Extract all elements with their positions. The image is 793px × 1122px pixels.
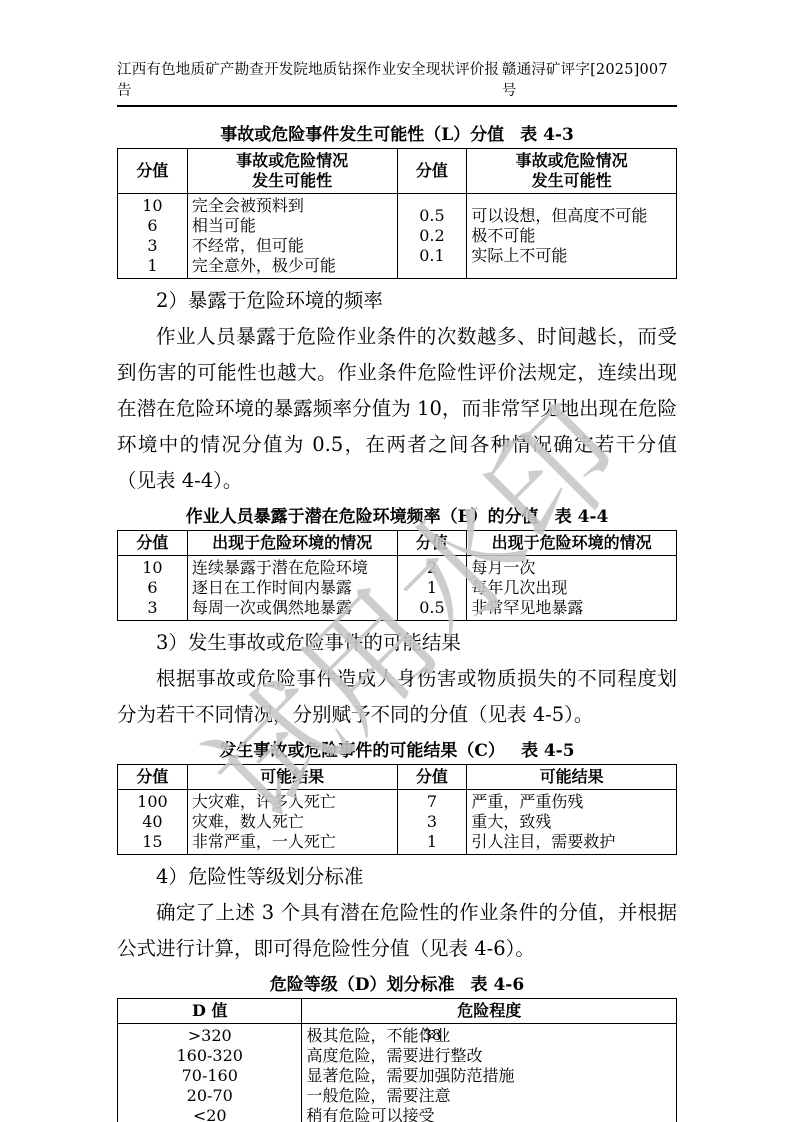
page-header: 江西有色地质矿产勘查开发院地质钻探作业安全现状评价报告 赣通浔矿评字[2025]… — [117, 58, 677, 107]
desc-value: 重大，致残 — [471, 812, 672, 832]
table-4-4-caption: 作业人员暴露于潜在危险环境频率（E）的分值表 4-4 — [117, 507, 677, 527]
col-header-exposure: 出现于危险环境的情况 — [187, 531, 397, 556]
score-value: 10 — [122, 558, 183, 578]
table-4-3-header-row: 分值 事故或危险情况 发生可能性 分值 事故或危险情况 发生可能性 — [118, 149, 677, 194]
score-value: 0.1 — [402, 246, 463, 266]
desc-cell: 可以设想，但高度不可能 极不可能 实际上不可能 — [467, 194, 677, 279]
table-4-6-caption: 危险等级（D）划分标准表 4-6 — [117, 975, 677, 995]
score-value: 3 — [122, 598, 183, 618]
d-value: 160-320 — [122, 1046, 297, 1066]
header-line: 事故或危险情况 — [471, 151, 672, 171]
table-4-5-caption: 发生事故或危险事件的可能结果（C）表 4-5 — [117, 741, 677, 761]
col-header-score: 分值 — [397, 531, 467, 556]
table-4-4-title: 作业人员暴露于潜在危险环境频率（E）的分值 — [186, 507, 539, 527]
header-doc-number: 赣通浔矿评字[2025]007号 — [502, 58, 677, 100]
table-4-3: 分值 事故或危险情况 发生可能性 分值 事故或危险情况 发生可能性 10 6 3… — [117, 148, 677, 279]
score-cell: 2 1 0.5 — [397, 556, 467, 621]
section-2-paragraph: 作业人员暴露于危险作业条件的次数越多、时间越长，而受到伤害的可能性也越大。作业条… — [117, 319, 677, 499]
desc-value: 大灾难，许多人死亡 — [192, 792, 393, 812]
desc-value: 引人注目，需要救护 — [471, 832, 672, 852]
table-4-4-body-row: 10 6 3 连续暴露于潜在危险环境 逐日在工作时间内暴露 每周一次或偶然地暴露… — [118, 556, 677, 621]
score-value: 1 — [402, 832, 463, 852]
score-value: 1 — [122, 256, 183, 276]
score-value: 10 — [122, 196, 183, 216]
danger-degree: 高度危险，需要进行整改 — [306, 1046, 672, 1066]
section-4-paragraph: 确定了上述 3 个具有潜在危险性的作业条件的分值，并根据公式进行计算，即可得危险… — [117, 895, 677, 967]
table-4-3-caption: 事故或危险事件发生可能性（L）分值表 4-3 — [117, 125, 677, 145]
desc-value: 严重，严重伤残 — [471, 792, 672, 812]
desc-cell: 完全会被预料到 相当可能 不经常，但可能 完全意外，极少可能 — [187, 194, 397, 279]
score-value: 3 — [402, 812, 463, 832]
desc-value: 非常罕见地暴露 — [471, 598, 672, 618]
col-header-score: 分值 — [397, 149, 467, 194]
score-value: 6 — [122, 216, 183, 236]
d-value: 70-160 — [122, 1066, 297, 1086]
d-value-cell: >320 160-320 70-160 20-70 <20 — [118, 1024, 302, 1122]
table-4-5-number: 表 4-5 — [521, 741, 575, 761]
score-cell: 10 6 3 — [118, 556, 188, 621]
desc-cell: 每月一次 每年几次出现 非常罕见地暴露 — [467, 556, 677, 621]
score-cell: 0.5 0.2 0.1 — [397, 194, 467, 279]
header-line: 事故或危险情况 — [192, 151, 393, 171]
table-4-5: 分值 可能结果 分值 可能结果 100 40 15 大灾难，许多人死亡 灾难，数… — [117, 764, 677, 855]
table-4-6-title: 危险等级（D）划分标准 — [270, 975, 455, 995]
section-3-heading: 3）发生事故或危险事件的可能结果 — [117, 625, 677, 661]
col-header-score: 分值 — [118, 149, 188, 194]
col-header-consequence: 可能结果 — [187, 765, 397, 790]
score-value: 0.2 — [402, 226, 463, 246]
header-line: 发生可能性 — [192, 171, 393, 191]
section-3-paragraph: 根据事故或危险事件造成人身伤害或物质损失的不同程度划分为若干不同情况，分别赋予不… — [117, 661, 677, 733]
table-4-5-title: 发生事故或危险事件的可能结果（C） — [219, 741, 505, 761]
table-4-5-header-row: 分值 可能结果 分值 可能结果 — [118, 765, 677, 790]
table-4-6: D 值 危险程度 >320 160-320 70-160 20-70 <20 极… — [117, 998, 677, 1122]
col-header-score: 分值 — [118, 765, 188, 790]
score-value: 7 — [402, 792, 463, 812]
score-value: 0.5 — [402, 598, 463, 618]
score-value: 100 — [122, 792, 183, 812]
document-page: 江西有色地质矿产勘查开发院地质钻探作业安全现状评价报告 赣通浔矿评字[2025]… — [117, 0, 677, 1122]
table-4-3-title: 事故或危险事件发生可能性（L）分值 — [220, 125, 504, 145]
desc-cell: 大灾难，许多人死亡 灾难，数人死亡 非常严重，一人死亡 — [187, 790, 397, 855]
col-header-score: 分值 — [118, 531, 188, 556]
score-value: 40 — [122, 812, 183, 832]
table-4-6-number: 表 4-6 — [471, 975, 525, 995]
header-line: 发生可能性 — [471, 171, 672, 191]
desc-value: 非常严重，一人死亡 — [192, 832, 393, 852]
score-value: 1 — [402, 578, 463, 598]
col-header-d-value: D 值 — [118, 999, 302, 1024]
danger-degree: 显著危险，需要加强防范措施 — [306, 1066, 672, 1086]
score-cell: 7 3 1 — [397, 790, 467, 855]
table-4-4-header-row: 分值 出现于危险环境的情况 分值 出现于危险环境的情况 — [118, 531, 677, 556]
score-value: 0.5 — [402, 206, 463, 226]
desc-value: 灾难，数人死亡 — [192, 812, 393, 832]
table-4-4: 分值 出现于危险环境的情况 分值 出现于危险环境的情况 10 6 3 连续暴露于… — [117, 530, 677, 621]
desc-value: 可以设想，但高度不可能 — [471, 206, 672, 226]
section-2-heading: 2）暴露于危险环境的频率 — [117, 283, 677, 319]
danger-degree: 稍有危险可以接受 — [306, 1106, 672, 1122]
table-4-3-number: 表 4-3 — [520, 125, 574, 145]
col-header-score: 分值 — [397, 765, 467, 790]
score-value: 3 — [122, 236, 183, 256]
col-header-exposure: 出现于危险环境的情况 — [467, 531, 677, 556]
col-header-danger-degree: 危险程度 — [302, 999, 677, 1024]
section-4-heading: 4）危险性等级划分标准 — [117, 859, 677, 895]
table-4-3-body-row: 10 6 3 1 完全会被预料到 相当可能 不经常，但可能 完全意外，极少可能 … — [118, 194, 677, 279]
col-header-likelihood: 事故或危险情况 发生可能性 — [467, 149, 677, 194]
desc-value: 实际上不可能 — [471, 246, 672, 266]
score-cell: 10 6 3 1 — [118, 194, 188, 279]
desc-value: 完全会被预料到 — [192, 196, 393, 216]
d-value: >320 — [122, 1026, 297, 1046]
desc-value: 每月一次 — [471, 558, 672, 578]
score-value: 15 — [122, 832, 183, 852]
desc-value: 连续暴露于潜在危险环境 — [192, 558, 393, 578]
desc-cell: 严重，严重伤残 重大，致残 引人注目，需要救护 — [467, 790, 677, 855]
desc-value: 逐日在工作时间内暴露 — [192, 578, 393, 598]
desc-value: 每年几次出现 — [471, 578, 672, 598]
score-value: 2 — [402, 558, 463, 578]
desc-value: 相当可能 — [192, 216, 393, 236]
danger-degree: 一般危险，需要注意 — [306, 1086, 672, 1106]
desc-cell: 连续暴露于潜在危险环境 逐日在工作时间内暴露 每周一次或偶然地暴露 — [187, 556, 397, 621]
col-header-likelihood: 事故或危险情况 发生可能性 — [187, 149, 397, 194]
col-header-consequence: 可能结果 — [467, 765, 677, 790]
desc-value: 完全意外，极少可能 — [192, 256, 393, 276]
table-4-5-body-row: 100 40 15 大灾难，许多人死亡 灾难，数人死亡 非常严重，一人死亡 7 … — [118, 790, 677, 855]
score-value: 6 — [122, 578, 183, 598]
desc-value: 不经常，但可能 — [192, 236, 393, 256]
table-4-6-header-row: D 值 危险程度 — [118, 999, 677, 1024]
page-number: 38 — [352, 1026, 512, 1044]
d-value: 20-70 — [122, 1086, 297, 1106]
desc-value: 极不可能 — [471, 226, 672, 246]
d-value: <20 — [122, 1106, 297, 1122]
header-report-title: 江西有色地质矿产勘查开发院地质钻探作业安全现状评价报告 — [117, 58, 502, 100]
score-cell: 100 40 15 — [118, 790, 188, 855]
table-4-4-number: 表 4-4 — [555, 507, 609, 527]
desc-value: 每周一次或偶然地暴露 — [192, 598, 393, 618]
